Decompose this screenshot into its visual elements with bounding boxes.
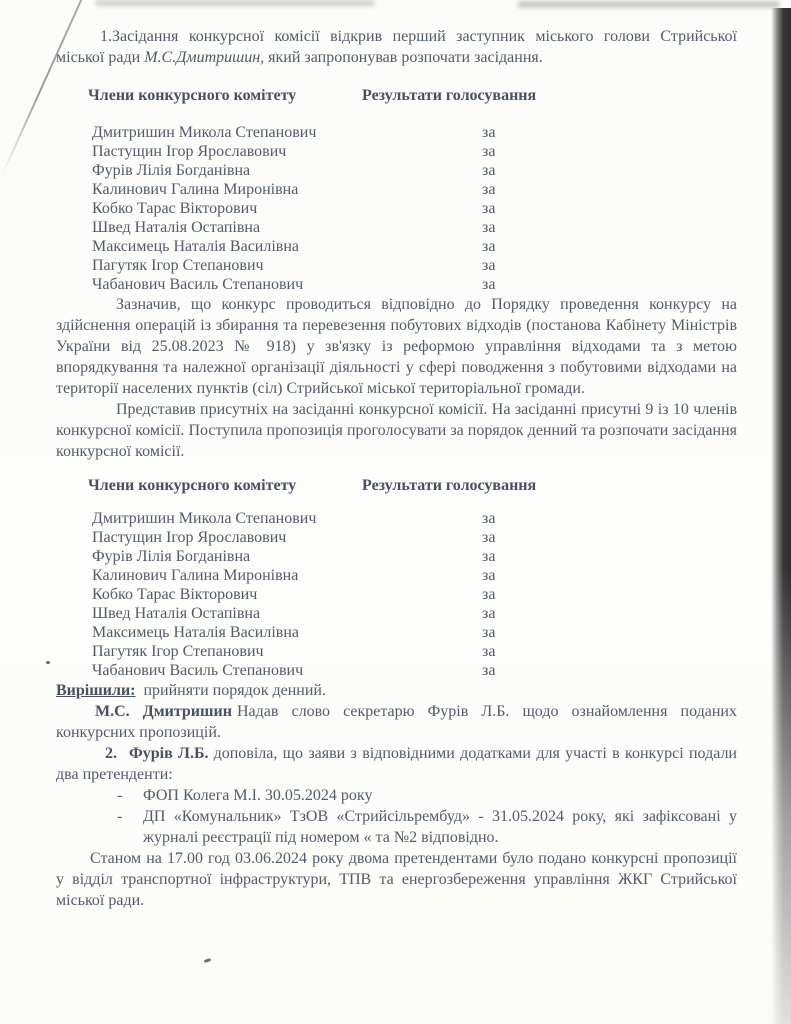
applicant-text: ДП «Комунальник» ТзОВ «Стрийсільрембуд» … bbox=[143, 806, 737, 848]
member-name: Калинович Галина Миронівна bbox=[92, 181, 298, 198]
opening-paragraph: 1.Засідання конкурсної комісії відкрив п… bbox=[56, 26, 737, 68]
applicant-item: -ДП «Комунальник» ТзОВ «Стрийсільрембуд»… bbox=[56, 806, 737, 848]
member-name: Швед Наталія Остапівна bbox=[92, 219, 260, 236]
member-name: Пагутяк Ігор Степанович bbox=[92, 257, 264, 274]
results-column-header: Результати голосування bbox=[362, 475, 536, 496]
member-name: Фурів Лілія Богданівна bbox=[92, 548, 250, 565]
vote-row: Максимець Наталія Василівназа bbox=[56, 623, 737, 642]
vote-row: Пастущин Ігор Ярославовичза bbox=[56, 528, 737, 547]
member-name: Фурів Лілія Богданівна bbox=[92, 162, 250, 179]
chairman-name-italic: М.С.Дмитришин, bbox=[144, 49, 264, 66]
document-content: 1.Засідання конкурсної комісії відкрив п… bbox=[0, 0, 791, 911]
opening-text-after: який запропонував розпочати засідання. bbox=[264, 49, 543, 66]
member-name: Максимець Наталія Василівна bbox=[92, 238, 299, 255]
decision-text: прийняти порядок денний. bbox=[143, 682, 326, 699]
vote-value: за bbox=[482, 547, 495, 566]
decision-label: Вирішили: bbox=[56, 682, 135, 699]
scan-speck-bottom bbox=[204, 958, 212, 963]
member-name: Пагутяк Ігор Степанович bbox=[92, 643, 264, 660]
dash-bullet: - bbox=[117, 806, 143, 827]
present-members-paragraph: Представив присутніх на засіданні конкур… bbox=[56, 399, 737, 462]
results-column-header: Результати голосування bbox=[362, 85, 536, 106]
vote-row: Кобко Тарас Вікторовичза bbox=[56, 199, 737, 218]
vote-value: за bbox=[482, 256, 495, 275]
vote-row: Максимець Наталія Василівназа bbox=[56, 237, 737, 256]
vote-row: Фурів Лілія Богданівназа bbox=[56, 547, 737, 566]
vote-value: за bbox=[482, 161, 495, 180]
member-name: Дмитришин Микола Степанович bbox=[92, 510, 316, 527]
member-name: Максимець Наталія Василівна bbox=[92, 624, 299, 641]
vote-value: за bbox=[482, 275, 495, 294]
member-name: Пастущин Ігор Ярославович bbox=[92, 529, 286, 546]
vote-value: за bbox=[482, 566, 495, 585]
speaker-name: М.С. Дмитришин bbox=[95, 703, 232, 720]
members-column-header: Члени конкурсного комітету bbox=[88, 477, 296, 494]
vote-table-1-header: Члени конкурсного комітету Результати го… bbox=[56, 85, 737, 106]
member-name: Чабанович Василь Степанович bbox=[92, 662, 303, 679]
vote-row: Калинович Галина Миронівназа bbox=[56, 566, 737, 585]
vote-row: Чабанович Василь Степановичза bbox=[56, 661, 737, 680]
vote-row: Дмитришин Микола Степановичза bbox=[56, 509, 737, 528]
vote-row: Швед Наталія Остапівназа bbox=[56, 604, 737, 623]
vote-row: Дмитришин Микола Степановичза bbox=[56, 123, 737, 142]
vote-table-1: Дмитришин Микола Степановичза Пастущин І… bbox=[56, 123, 737, 294]
member-name: Кобко Тарас Вікторович bbox=[92, 586, 257, 603]
applicant-text: ФОП Колега М.І. 30.05.2024 року bbox=[143, 785, 737, 806]
member-name: Кобко Тарас Вікторович bbox=[92, 200, 257, 217]
applicant-item: -ФОП Колега М.І. 30.05.2024 року bbox=[56, 785, 737, 806]
vote-row: Пастущин Ігор Ярославовичза bbox=[56, 142, 737, 161]
vote-value: за bbox=[482, 661, 495, 680]
speaker-name: Фурів Л.Б. bbox=[129, 745, 209, 762]
member-name: Швед Наталія Остапівна bbox=[92, 605, 260, 622]
final-paragraph: Станом на 17.00 год 03.06.2024 року двом… bbox=[56, 848, 737, 911]
vote-value: за bbox=[482, 509, 495, 528]
member-name: Чабанович Василь Степанович bbox=[92, 276, 303, 293]
vote-value: за bbox=[482, 142, 495, 161]
vote-value: за bbox=[482, 623, 495, 642]
vote-value: за bbox=[482, 642, 495, 661]
agenda-item-2-paragraph: 2.Фурів Л.Б.доповіла, що заяви з відпові… bbox=[56, 743, 737, 785]
vote-row: Калинович Галина Миронівназа bbox=[56, 180, 737, 199]
vote-value: за bbox=[482, 528, 495, 547]
vote-value: за bbox=[482, 123, 495, 142]
member-name: Пастущин Ігор Ярославович bbox=[92, 143, 286, 160]
member-name: Дмитришин Микола Степанович bbox=[92, 124, 316, 141]
item-number: 2. bbox=[105, 745, 117, 762]
vote-row: Кобко Тарас Вікторовичза bbox=[56, 585, 737, 604]
member-name: Калинович Галина Миронівна bbox=[92, 567, 298, 584]
applicants-list: -ФОП Колега М.І. 30.05.2024 року -ДП «Ко… bbox=[56, 785, 737, 848]
vote-value: за bbox=[482, 604, 495, 623]
dmytryshyn-speech-paragraph: М.С. ДмитришинНадав слово секретарю Фурі… bbox=[56, 701, 737, 743]
vote-table-2-header: Члени конкурсного комітету Результати го… bbox=[56, 475, 737, 496]
vote-row: Фурів Лілія Богданівназа bbox=[56, 161, 737, 180]
vote-value: за bbox=[482, 218, 495, 237]
vote-row: Чабанович Василь Степановичза bbox=[56, 275, 737, 294]
procedure-paragraph: Зазначив, що конкурс проводиться відпові… bbox=[56, 294, 737, 399]
vote-value: за bbox=[482, 180, 495, 199]
vote-value: за bbox=[482, 237, 495, 256]
vote-row: Пагутяк Ігор Степановичза bbox=[56, 642, 737, 661]
vote-value: за bbox=[482, 585, 495, 604]
dash-bullet: - bbox=[117, 785, 143, 806]
scanned-document-page: 1.Засідання конкурсної комісії відкрив п… bbox=[0, 0, 791, 1024]
members-column-header: Члени конкурсного комітету bbox=[88, 87, 296, 104]
vote-row: Пагутяк Ігор Степановичза bbox=[56, 256, 737, 275]
vote-table-2: Дмитришин Микола Степановичза Пастущин І… bbox=[56, 509, 737, 680]
vote-value: за bbox=[482, 199, 495, 218]
vote-row: Швед Наталія Остапівназа bbox=[56, 218, 737, 237]
decision-line: Вирішили:прийняти порядок денний. bbox=[56, 680, 737, 701]
